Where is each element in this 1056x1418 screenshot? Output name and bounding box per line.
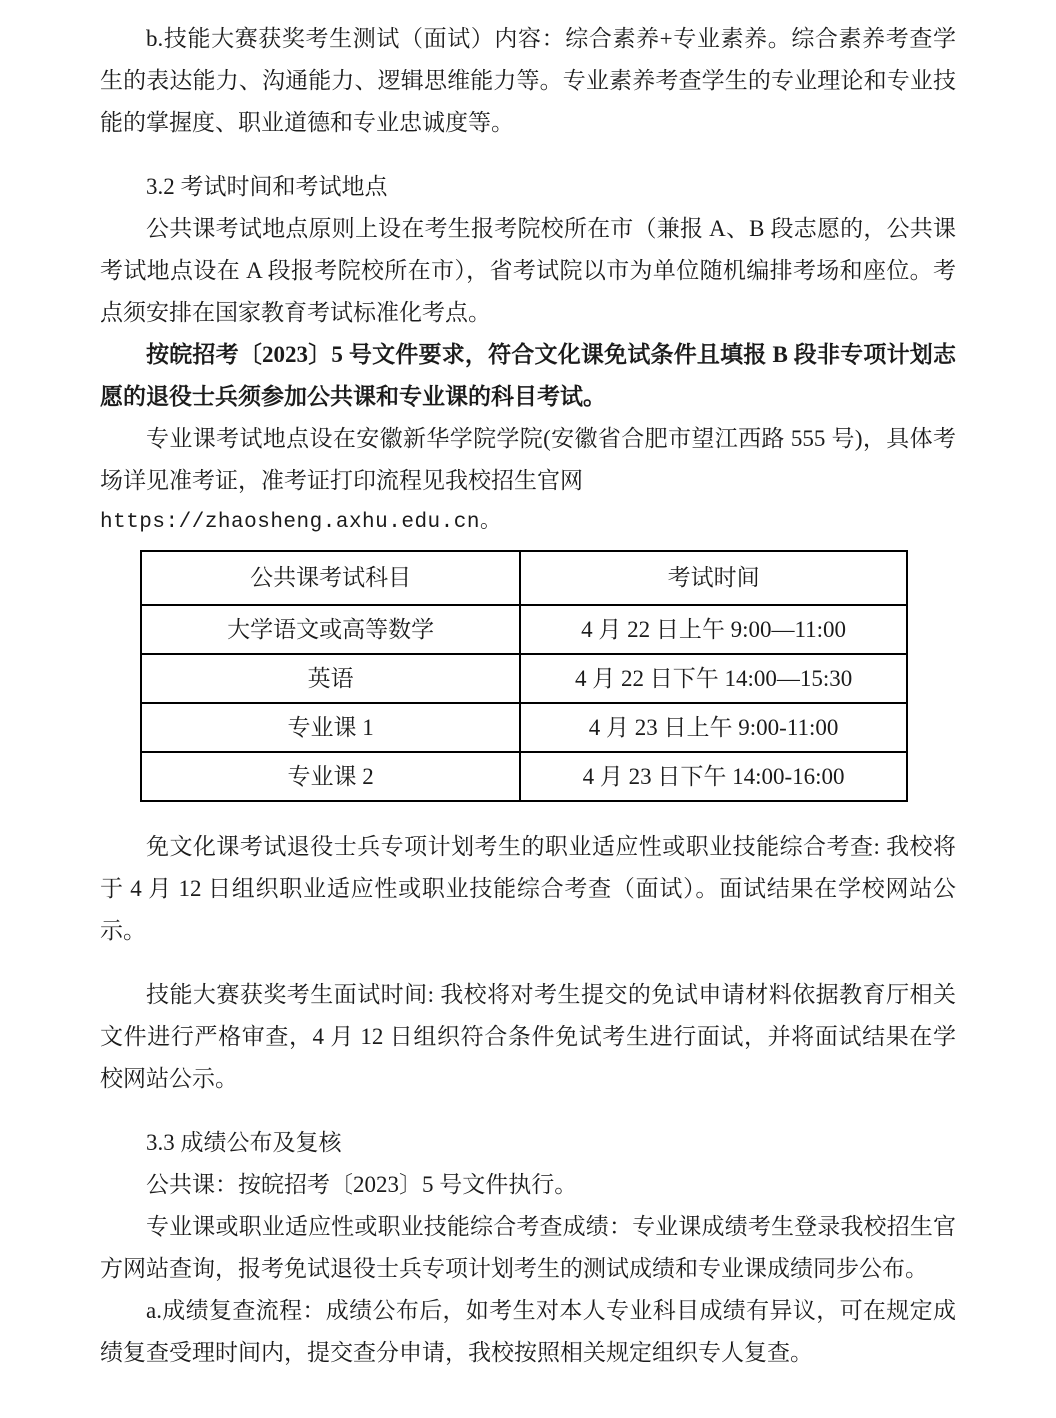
section-heading-3-3: 3.3 成绩公布及复核: [100, 1122, 956, 1164]
table-cell-subject: 英语: [141, 654, 520, 703]
paragraph-public-course-result: 公共课：按皖招考〔2023〕5 号文件执行。: [100, 1164, 956, 1206]
table-header-subject: 公共课考试科目: [141, 551, 520, 605]
paragraph-skill-contest-content: b.技能大赛获奖考生测试（面试）内容：综合素养+专业素养。综合素养考查学生的表达…: [100, 18, 956, 144]
paragraph-public-course-location: 公共课考试地点原则上设在考生报考院校所在市（兼报 A、B 段志愿的，公共课考试地…: [100, 208, 956, 334]
table-cell-subject: 专业课 2: [141, 752, 520, 801]
table-header-time: 考试时间: [520, 551, 907, 605]
paragraph-veteran-exemption: 免文化课考试退役士兵专项计划考生的职业适应性或职业技能综合考查: 我校将于 4 …: [100, 826, 956, 952]
section-heading-3-2: 3.2 考试时间和考试地点: [100, 166, 956, 208]
table-header-row: 公共课考试科目 考试时间: [141, 551, 907, 605]
admissions-website-url: https://zhaosheng.axhu.edu.cn。: [100, 502, 956, 544]
blank-line: [100, 1100, 956, 1122]
paragraph-policy-bold: 按皖招考〔2023〕5 号文件要求，符合文化课免试条件且填报 B 段非专项计划志…: [100, 334, 956, 418]
table-cell-subject: 专业课 1: [141, 703, 520, 752]
blank-line: [100, 952, 956, 974]
table-row: 英语 4 月 22 日下午 14:00—15:30: [141, 654, 907, 703]
table-row: 专业课 2 4 月 23 日下午 14:00-16:00: [141, 752, 907, 801]
paragraph-skill-contest-interview: 技能大赛获奖考生面试时间: 我校将对考生提交的免试申请材料依据教育厅相关文件进行…: [100, 974, 956, 1100]
blank-line: [100, 144, 956, 166]
document-body: b.技能大赛获奖考生测试（面试）内容：综合素养+专业素养。综合素养考查学生的表达…: [0, 0, 1056, 1374]
table-cell-time: 4 月 22 日上午 9:00—11:00: [520, 605, 907, 654]
blank-line: [100, 802, 956, 826]
table-row: 大学语文或高等数学 4 月 22 日上午 9:00—11:00: [141, 605, 907, 654]
document-page: b.技能大赛获奖考生测试（面试）内容：综合素养+专业素养。综合素养考查学生的表达…: [0, 0, 1056, 1418]
paragraph-score-review: a.成绩复查流程：成绩公布后，如考生对本人专业科目成绩有异议，可在规定成绩复查受…: [100, 1290, 956, 1374]
paragraph-major-course-result: 专业课或职业适应性或职业技能综合考查成绩：专业课成绩考生登录我校招生官方网站查询…: [100, 1206, 956, 1290]
exam-schedule-table: 公共课考试科目 考试时间 大学语文或高等数学 4 月 22 日上午 9:00—1…: [140, 550, 908, 802]
table-cell-time: 4 月 23 日上午 9:00-11:00: [520, 703, 907, 752]
table-row: 专业课 1 4 月 23 日上午 9:00-11:00: [141, 703, 907, 752]
paragraph-major-course-location: 专业课考试地点设在安徽新华学院学院(安徽省合肥市望江西路 555 号)，具体考场…: [100, 418, 956, 502]
table-cell-subject: 大学语文或高等数学: [141, 605, 520, 654]
table-cell-time: 4 月 23 日下午 14:00-16:00: [520, 752, 907, 801]
table-cell-time: 4 月 22 日下午 14:00—15:30: [520, 654, 907, 703]
